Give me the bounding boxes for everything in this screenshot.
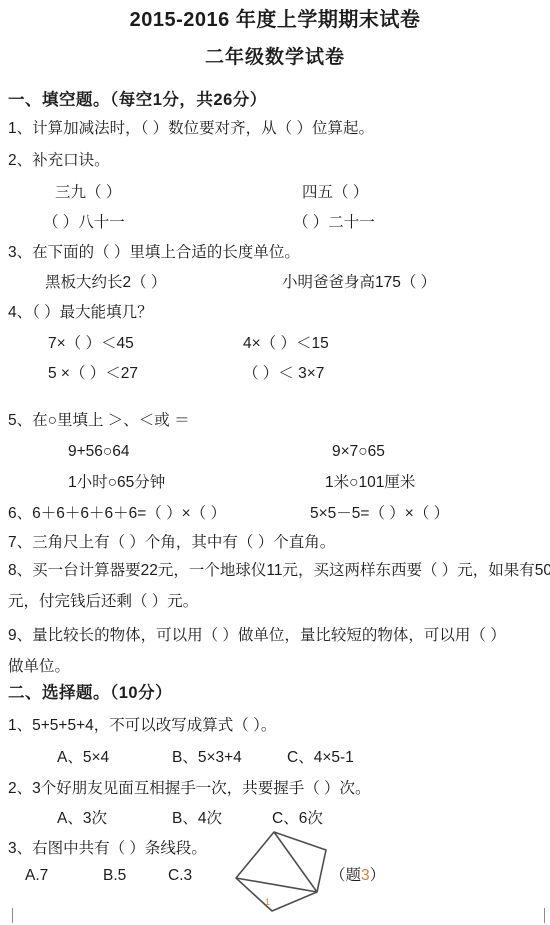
fill-q5-expr: 1小时○65分钟 bbox=[68, 474, 165, 493]
section2-heading: 二、选择题。（10分） bbox=[8, 684, 172, 704]
fill-q4-stem: 4、（ ）最大能填几？ bbox=[8, 304, 153, 323]
exam-subtitle: 二年级数学试卷 bbox=[0, 47, 550, 70]
fill-q2-blank: （ ）二十一 bbox=[293, 214, 375, 233]
exam-paper-page: 2015-2016 年度上学期期末试卷 二年级数学试卷 一、填空题。（每空1分，… bbox=[0, 0, 550, 925]
choice-q1-option-b: B、5×3+4 bbox=[172, 749, 242, 768]
choice-q3-option-a: A.7 bbox=[25, 867, 48, 886]
fill-q6-expr: 6、6＋6＋6＋6＋6=（ ）×（ ） bbox=[8, 505, 226, 524]
fill-q7: 7、三角尺上有（ ）个角，其中有（ ）个直角。 bbox=[8, 534, 335, 553]
fill-q9-line1: 9、量比较长的物体，可以用（ ）做单位，量比较短的物体，可以用（ ） bbox=[8, 627, 506, 646]
fill-q5-stem: 5、在○里填上 ＞、＜或 ＝ bbox=[8, 412, 190, 431]
fill-q3-blank: 黑板大约长2（ ） bbox=[45, 274, 166, 293]
fill-q4-expr: （ ）＜ 3×7 bbox=[243, 365, 324, 384]
choice-q1-stem: 1、5+5+5+4，不可以改写成算式（ ）。 bbox=[8, 717, 276, 736]
choice-q3-option-c: C.3 bbox=[168, 867, 192, 886]
choice-q2-option-a: A、3次 bbox=[57, 810, 107, 829]
fill-q8-line2: 元，付完钱后还剩（ ）元。 bbox=[8, 593, 198, 612]
page-edge-tick-right bbox=[544, 908, 545, 923]
fill-q2-stem: 2、补充口诀。 bbox=[8, 152, 110, 171]
choice-q1-option-c: C、4×5-1 bbox=[287, 749, 354, 768]
figure-vertex-mark: 1 bbox=[265, 897, 270, 908]
choice-q3-stem: 3、右图中共有（ ）条线段。 bbox=[8, 840, 207, 859]
fill-q2-blank: 三九（ ） bbox=[55, 184, 121, 203]
choice-q2-stem: 2、3个好朋友见面互相握手一次，共要握手（ ）次。 bbox=[8, 780, 371, 799]
choice-q1-option-a: A、5×4 bbox=[57, 749, 109, 768]
figure-caption: （题3） bbox=[330, 867, 385, 886]
fill-q5-expr: 9×7○65 bbox=[332, 443, 385, 462]
figure-caption-number: 3 bbox=[361, 867, 370, 884]
fill-q5-expr: 1米○101厘米 bbox=[325, 474, 415, 493]
line-segments-figure bbox=[222, 806, 342, 920]
figure-caption-prefix: （题 bbox=[330, 867, 361, 884]
fill-q2-blank: （ ）八十一 bbox=[43, 214, 125, 233]
choice-q3-option-b: B.5 bbox=[103, 867, 126, 886]
fill-q4-expr: 7×（ ）＜45 bbox=[48, 335, 134, 354]
section1-heading: 一、填空题。（每空1分，共26分） bbox=[8, 91, 267, 111]
figure-caption-suffix: ） bbox=[370, 867, 386, 884]
fill-q6-expr: 5×5－5=（ ）×（ ） bbox=[310, 505, 449, 524]
fill-q3-stem: 3、在下面的（ ）里填上合适的长度单位。 bbox=[8, 244, 300, 263]
page-edge-tick-left bbox=[12, 908, 13, 923]
fill-q4-expr: 5 ×（ ）＜27 bbox=[48, 365, 138, 384]
fill-q9-line2: 做单位。 bbox=[8, 658, 70, 677]
fill-q5-expr: 9+56○64 bbox=[68, 443, 130, 462]
fill-q3-blank: 小明爸爸身高175（ ） bbox=[282, 274, 436, 293]
fill-q1: 1、计算加减法时，（ ）数位要对齐，从（ ）位算起。 bbox=[8, 120, 374, 139]
fill-q8-line1: 8、买一台计算器要22元，一个地球仪11元，买这两样东西要（ ）元，如果有50 bbox=[8, 562, 550, 581]
choice-q2-option-b: B、4次 bbox=[172, 810, 222, 829]
fill-q2-blank: 四五（ ） bbox=[302, 184, 368, 203]
exam-title: 2015-2016 年度上学期期末试卷 bbox=[0, 8, 550, 32]
fill-q4-expr: 4×（ ）＜15 bbox=[243, 335, 329, 354]
